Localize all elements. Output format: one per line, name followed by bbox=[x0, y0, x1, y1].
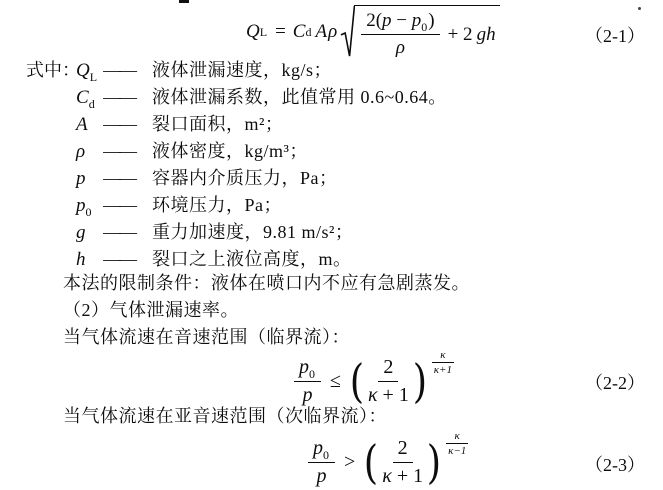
definition-row: ρ——液体密度，kg/m³； bbox=[26, 138, 447, 165]
heading-gas-leak-rate: （2）气体泄漏速率。 bbox=[63, 297, 239, 324]
paragraph-subsonic-flow: 当气体流速在亚音速范围（次临界流）： bbox=[63, 403, 387, 430]
radical: 2(p − p0) ρ + 2gh bbox=[340, 5, 499, 59]
equation-subcritical-flow: p0 p > ( 2 κ + 1 ) κ κ−1 bbox=[306, 437, 468, 488]
radicand: 2(p − p0) ρ + 2gh bbox=[354, 5, 499, 59]
var-p: p bbox=[382, 10, 392, 31]
definition-text: 裂口之上液位高度，m。 bbox=[152, 246, 352, 273]
kappa-fraction: 2 κ + 1 bbox=[368, 356, 409, 407]
symbol: Cd bbox=[76, 84, 103, 111]
var-p0-sub: 0 bbox=[421, 20, 427, 34]
scan-artifact-dash bbox=[179, 0, 189, 3]
definition-row: g——重力加速度，9.81 m/s²； bbox=[26, 219, 447, 246]
plus-term: + 2 bbox=[448, 24, 473, 46]
pressure-ratio-fraction: p0 p bbox=[294, 356, 321, 407]
var-C: C bbox=[293, 21, 306, 43]
var-Q: Q bbox=[246, 21, 260, 43]
symbol: QL bbox=[76, 57, 103, 84]
symbol: p0 bbox=[76, 192, 103, 219]
where-label: 式中： bbox=[26, 57, 76, 84]
var-p0: p bbox=[299, 356, 309, 378]
paragraph-sonic-flow: 当气体流速在音速范围（临界流）： bbox=[63, 324, 350, 351]
document-page: QL = Cd A ρ 2(p − p0) ρ + 2gh （2-1） 式中：Q… bbox=[0, 0, 663, 490]
definition-text: 环境压力，Pa； bbox=[152, 192, 282, 219]
less-equal-sign: ≤ bbox=[330, 370, 341, 393]
variable-definitions: 式中：QL——液体泄漏速度，kg/s； Cd——液体泄漏系数，此值常用 0.6~… bbox=[26, 57, 447, 273]
definition-text: 容器内介质压力，Pa； bbox=[152, 165, 338, 192]
equation-number-2-3: （2-3） bbox=[585, 451, 645, 477]
var-kappa: κ bbox=[382, 465, 392, 487]
paragraph-limitation: 本法的限制条件：液体在喷口内不应有急剧蒸发。 bbox=[63, 270, 470, 297]
symbol: p bbox=[76, 165, 103, 192]
definition-row: h——裂口之上液位高度，m。 bbox=[26, 246, 447, 273]
var-p: p bbox=[303, 382, 313, 407]
equation-liquid-leak-rate: QL = Cd A ρ 2(p − p0) ρ + 2gh bbox=[246, 5, 500, 59]
em-dash: —— bbox=[103, 219, 143, 246]
exponent-fraction: κ κ+1 bbox=[432, 349, 454, 376]
em-dash: —— bbox=[103, 246, 143, 273]
em-dash: —— bbox=[103, 57, 143, 84]
exponent-fraction: κ κ−1 bbox=[446, 430, 468, 457]
fraction-denominator: ρ bbox=[396, 35, 405, 59]
definition-row: A——裂口面积，m²； bbox=[26, 111, 447, 138]
numerator-open: 2( bbox=[366, 10, 382, 31]
var-gh: gh bbox=[477, 24, 496, 46]
fraction: 2(p − p0) ρ bbox=[361, 10, 439, 59]
var-kappa: κ bbox=[368, 384, 378, 406]
em-dash: —— bbox=[103, 165, 143, 192]
open-paren: ( bbox=[350, 361, 364, 402]
definition-text: 裂口面积，m²； bbox=[152, 111, 283, 138]
fraction-numerator: 2(p − p0) bbox=[361, 10, 439, 35]
definition-text: 重力加速度，9.81 m/s²； bbox=[152, 219, 353, 246]
var-p: p bbox=[317, 463, 327, 488]
equation-critical-flow: p0 p ≤ ( 2 κ + 1 ) κ κ+1 bbox=[292, 356, 454, 407]
definition-text: 液体泄漏速度，kg/s； bbox=[152, 57, 332, 84]
scan-artifact-dot bbox=[638, 7, 641, 10]
em-dash: —— bbox=[103, 111, 143, 138]
definition-row: p0——环境压力，Pa； bbox=[26, 192, 447, 219]
minus-sign: − bbox=[392, 10, 412, 31]
open-paren: ( bbox=[364, 442, 378, 483]
close-paren: ) bbox=[413, 361, 427, 402]
equals-sign: = bbox=[275, 21, 286, 43]
em-dash: —— bbox=[103, 192, 143, 219]
pressure-ratio-fraction: p0 p bbox=[308, 437, 335, 488]
definition-text: 液体密度，kg/m³； bbox=[152, 138, 308, 165]
greater-than-sign: > bbox=[344, 451, 355, 474]
kappa-fraction: 2 κ + 1 bbox=[382, 437, 423, 488]
radical-sign-icon bbox=[340, 5, 355, 59]
definition-text: 液体泄漏系数，此值常用 0.6~0.64。 bbox=[152, 84, 447, 111]
em-dash: —— bbox=[103, 138, 143, 165]
symbol: ρ bbox=[76, 138, 103, 165]
definition-row: Cd——液体泄漏系数，此值常用 0.6~0.64。 bbox=[26, 84, 447, 111]
equation-number-2-1: （2-1） bbox=[585, 22, 645, 48]
definition-row: 式中：QL——液体泄漏速度，kg/s； bbox=[26, 57, 447, 84]
symbol: h bbox=[76, 246, 103, 273]
numerator-close: ) bbox=[428, 10, 434, 31]
close-paren: ) bbox=[427, 442, 441, 483]
var-A: A bbox=[315, 21, 327, 43]
em-dash: —— bbox=[103, 84, 143, 111]
var-p0: p bbox=[313, 437, 323, 459]
equation-number-2-2: （2-2） bbox=[585, 369, 645, 395]
symbol: g bbox=[76, 219, 103, 246]
var-p0: p bbox=[412, 10, 422, 31]
var-rho: ρ bbox=[328, 21, 337, 43]
symbol: A bbox=[76, 111, 103, 138]
definition-row: p——容器内介质压力，Pa； bbox=[26, 165, 447, 192]
